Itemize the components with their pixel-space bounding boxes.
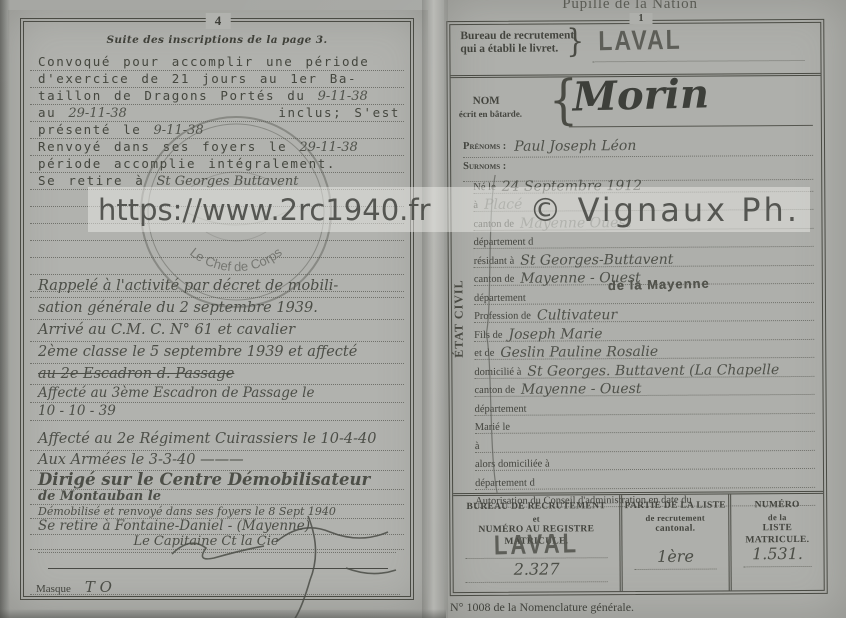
surname-handwritten: Morin xyxy=(572,70,709,120)
table-header-line: NUMÉRO xyxy=(731,500,823,512)
watermark-url: https://www.2rc1940.fr xyxy=(98,193,431,227)
underline xyxy=(569,125,813,127)
handwritten-line: Affecté au 3ème Escadron de Passage le xyxy=(30,385,404,403)
masque-row: Masque T O xyxy=(30,578,400,595)
signature-rule xyxy=(48,568,388,569)
table-header-line: de recrutement xyxy=(622,512,728,524)
handwritten-line: Aux Armées le 3-3-40 ——— xyxy=(30,451,404,471)
entry-segment: d'exercice de 21 jours au 1er Ba- xyxy=(38,71,357,87)
handwritten-line: Affecté au 2e Régiment Cuirassiers le 10… xyxy=(30,429,404,451)
field-value: Geslin Pauline Rosalie xyxy=(500,344,658,361)
entry-segment: Convoqué pour accomplir une période xyxy=(38,54,369,70)
entry-line: taillon de Dragons Portés du 9-11-38 xyxy=(30,88,404,105)
handwritten-line: de Montauban le xyxy=(30,490,404,505)
field-label: département d xyxy=(474,237,534,248)
entry-line: présenté le 9-11-38 xyxy=(30,122,404,139)
table-header-line: LISTE MATRICULE. xyxy=(731,523,823,547)
field-value: Mayenne - Ouest xyxy=(520,270,641,287)
handwritten-line: Se retire à Fontaine-Daniel - (Mayenne) xyxy=(30,519,404,535)
handwritten-line: Dirigé sur le Centre Démobilisateur xyxy=(30,471,404,490)
prenoms-label: Prénoms : xyxy=(463,141,506,152)
field-value: Joseph Marie xyxy=(508,326,602,343)
nom-label: NOM xyxy=(473,95,500,107)
table-header-line: de la xyxy=(731,511,823,523)
entry-line: Renvoyé dans ses foyers le 29-11-38 xyxy=(30,139,404,156)
entry-segment: 9-11-38 xyxy=(318,89,368,105)
form-field: à xyxy=(475,432,815,453)
handwritten-line: Démobilisé et renvoyé dans ses foyers le… xyxy=(30,505,404,519)
entry-segment: taillon de Dragons Portés du xyxy=(38,88,318,104)
typed-entry-block: Convoqué pour accomplir une périoded'exe… xyxy=(30,54,404,292)
entry-segment: inclus; S'est xyxy=(278,105,400,121)
entry-segment: période accomplie intégralement. xyxy=(38,156,336,172)
registre-number: 2.327 xyxy=(454,559,620,579)
left-page: 4 Suite des inscriptions de la page 3. C… xyxy=(8,10,428,610)
table-col-bureau: BUREAU DE RECRUTEMENTetNUMÉRO AU REGISTR… xyxy=(453,495,623,592)
brace-glyph: } xyxy=(566,22,584,60)
scan-edge-bottom xyxy=(0,609,446,618)
page-fold xyxy=(422,0,448,618)
field-label: département d xyxy=(475,477,535,488)
handwritten-line: 10 - 10 - 39 xyxy=(30,403,404,421)
dotted-line xyxy=(744,566,812,567)
surnoms-label: Surnoms : xyxy=(463,161,506,172)
liste-partie: 1ère xyxy=(622,546,728,566)
field-value: Mayenne - Ouest xyxy=(521,381,642,398)
form-field: alors domiciliée à xyxy=(475,450,815,471)
form-field: Fils deJoseph Marie xyxy=(474,321,814,342)
field-value: St Georges. Buttavent (La Chapelle xyxy=(527,362,779,380)
form-field: Marié le xyxy=(475,413,815,434)
masque-label: Masque xyxy=(36,583,71,595)
nom-sublabel: écrit en bâtarde. xyxy=(459,109,522,119)
entry-line: d'exercice de 21 jours au 1er Ba- xyxy=(30,71,404,88)
scan-edge-left xyxy=(0,0,10,618)
table-header-line: et xyxy=(453,513,619,526)
pupille-title: Pupille de la Nation xyxy=(444,0,816,13)
form-field: départementde la Mayenne xyxy=(475,395,815,416)
table-col-numero: NUMÉROde laLISTE MATRICULE. 1.531. xyxy=(731,494,824,591)
masque-value: T O xyxy=(85,578,112,596)
ruled-line xyxy=(30,241,404,258)
form-field: et deGeslin Pauline Rosalie xyxy=(474,339,814,360)
field-label: département xyxy=(474,292,526,303)
form-field: Profession deCultivateur xyxy=(474,302,814,323)
left-page-number: 4 xyxy=(206,13,231,29)
etat-civil-label: ÉTAT CIVIL xyxy=(451,275,467,363)
ruled-line xyxy=(38,552,396,553)
field-value: Cultivateur xyxy=(537,307,617,323)
right-page-frame: Bureau de recrutement qui a établi le li… xyxy=(446,19,828,596)
dotted-line xyxy=(466,581,608,583)
ruled-line xyxy=(30,258,404,275)
field-value: St Georges-Buttavent xyxy=(520,251,673,268)
entry-segment: 29-11-38 xyxy=(68,106,126,122)
watermark-band: https://www.2rc1940.fr © Vignaux Ph. xyxy=(88,187,810,232)
form-field: département d xyxy=(475,469,815,490)
handwritten-line: Arrivé au C.M. C. N° 61 et cavalier xyxy=(30,320,404,342)
form-field: résidant àSt Georges-Buttavent xyxy=(474,247,814,268)
nomenclature-footnote: N° 1008 de la Nomenclature générale. xyxy=(450,600,634,615)
right-page-number: 1 xyxy=(629,13,652,24)
entry-segment: Renvoyé dans ses foyers le xyxy=(38,139,299,155)
handwritten-line: Rappelé à l'activité par décret de mobil… xyxy=(30,276,404,298)
prenoms-value: Paul Joseph Léon xyxy=(514,138,636,155)
table-col-liste: PARTIE DE LA LISTEde recrutementcantonal… xyxy=(622,494,732,591)
left-page-heading: Suite des inscriptions de la page 3. xyxy=(24,34,410,46)
handwritten-line: au 2e Escadron d. Passage xyxy=(30,364,404,385)
bureau-label: Bureau de recrutement qui a établi le li… xyxy=(460,29,574,56)
watermark-credit: © Vignaux Ph. xyxy=(529,191,800,229)
handwritten-block: Rappelé à l'activité par décret de mobil… xyxy=(30,276,404,550)
handwritten-line: Le Capitaine Ct la Cie xyxy=(30,535,404,550)
entry-line: au 29-11-38inclus; S'est xyxy=(30,105,404,122)
form-field: canton deMayenne - Ouest xyxy=(474,265,814,286)
field-label: Profession de xyxy=(474,311,531,322)
scanned-document: 4 Suite des inscriptions de la page 3. C… xyxy=(0,0,846,618)
liste-number: 1.531. xyxy=(731,544,823,564)
entry-segment: au xyxy=(38,105,68,121)
left-page-frame: Suite des inscriptions de la page 3. Con… xyxy=(20,18,414,600)
entry-line: période accomplie intégralement. xyxy=(30,156,404,173)
entry-segment: présenté le xyxy=(38,122,154,138)
entry-line: Convoqué pour accomplir une période xyxy=(30,54,404,71)
field-label: département xyxy=(475,403,527,414)
table-header-line: PARTIE DE LA LISTE xyxy=(622,500,728,512)
field-label: à xyxy=(475,440,480,451)
table-header-line: cantonal. xyxy=(622,523,728,535)
entry-segment: 29-11-38 xyxy=(299,140,357,156)
laval-stamp: LAVAL xyxy=(598,24,682,58)
entry-segment: 9-11-38 xyxy=(154,123,204,139)
right-page: Pupille de la Nation 1 Bureau de recrute… xyxy=(444,0,846,618)
dotted-line xyxy=(635,569,717,571)
prenoms-row: Prénoms : Paul Joseph Léon xyxy=(463,135,813,158)
handwritten-line: 2ème classe le 5 septembre 1939 et affec… xyxy=(30,342,404,364)
form-field: départementde la Mayenne xyxy=(474,284,814,305)
handwritten-line: sation générale du 2 septembre 1939. xyxy=(30,298,404,320)
dotted-line xyxy=(592,60,804,62)
form-field: canton deMayenne - Ouest xyxy=(474,376,814,397)
table-header-line: BUREAU DE RECRUTEMENT xyxy=(453,501,619,514)
form-field: domicilié àSt Georges. Buttavent (La Cha… xyxy=(474,358,814,379)
matricule-table: BUREAU DE RECRUTEMENTetNUMÉRO AU REGISTR… xyxy=(453,491,824,592)
